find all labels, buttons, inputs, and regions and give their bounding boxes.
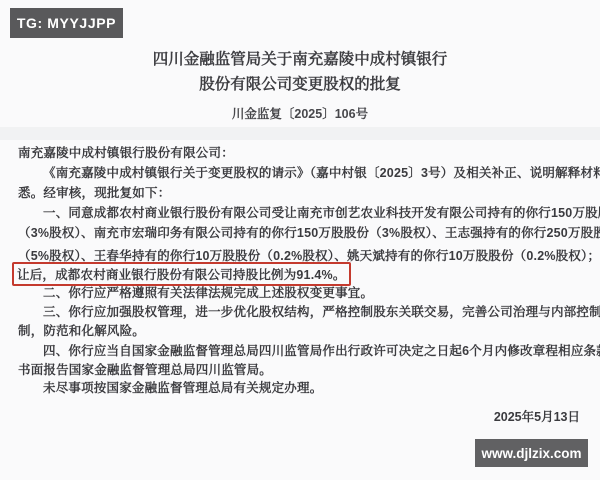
telegram-watermark-label: TG: MYYJJPP	[17, 15, 116, 31]
title-line-2: 股份有限公司变更股权的批复	[0, 72, 600, 97]
item2-line: 二、你行应严格遵照有关法律法规完成上述股权变更事宜。	[18, 283, 600, 301]
intro-line-2: 悉。经审核，现批复如下：	[18, 183, 596, 201]
page-title: 四川金融监管局关于南充嘉陵中成村镇银行 股份有限公司变更股权的批复	[0, 47, 600, 97]
document-date: 2025年5月13日	[494, 407, 580, 425]
website-watermark-label: www.djlzix.com	[481, 446, 581, 461]
item3-line-2: 制，防范和化解风险。	[18, 321, 596, 339]
title-line-1: 四川金融监管局关于南充嘉陵中成村镇银行	[0, 47, 600, 72]
item1-line-1: 一、同意成都农村商业银行股份有限公司受让南充市创艺农业科技开发有限公司持有的你行…	[18, 203, 600, 221]
item4-line-1: 四、你行应当自国家金融监督管理总局四川监管局作出行政许可决定之日起6个月内修改章…	[18, 341, 600, 359]
page-seam-band	[0, 127, 600, 140]
intro-line-1: 《南充嘉陵中成村镇银行关于变更股权的请示》（嘉中村银〔2025〕3号）及相关补正…	[18, 163, 600, 181]
recipient-line: 南充嘉陵中成村镇银行股份有限公司：	[18, 143, 596, 161]
document-number: 川金监复〔2025〕106号	[0, 104, 600, 122]
item1-line-3-text: （5%股权）、王春华持有的你行10万股股份（0.2%股权）、姚天斌持有的你行10…	[18, 249, 600, 263]
closing-line: 未尽事项按国家金融监督管理总局有关规定办理。	[18, 378, 600, 396]
document-screenshot: TG: MYYJJPP 四川金融监管局关于南充嘉陵中成村镇银行 股份有限公司变更…	[0, 0, 600, 480]
item4-line-2: 书面报告国家金融监督管理总局四川监管局。	[18, 360, 596, 378]
telegram-watermark-badge: TG: MYYJJPP	[10, 8, 123, 38]
website-watermark-badge: www.djlzix.com	[475, 439, 588, 467]
item1-line-2: （3%股权）、南充市宏瑞印务有限公司持有的你行150万股股份（3%股权）、王志强…	[18, 223, 596, 241]
item3-line-1: 三、你行应加强股权管理，进一步优化股权结构，严格控制股东关联交易，完善公司治理与…	[18, 302, 600, 320]
